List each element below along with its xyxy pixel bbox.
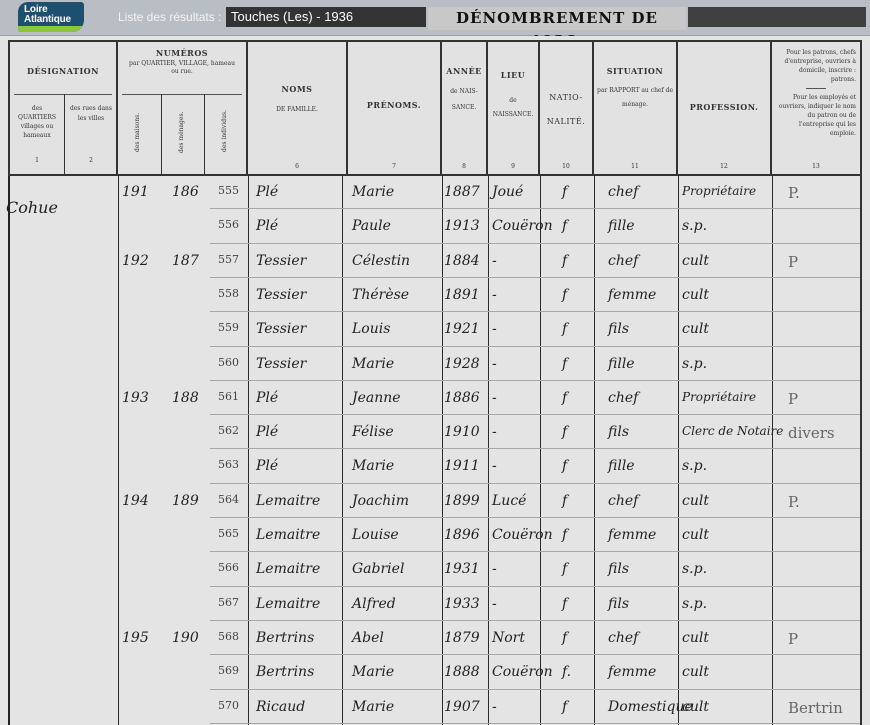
household-number-cell: 187: [172, 253, 199, 269]
household-relation-cell: fils: [608, 321, 629, 337]
house-number-cell: 191: [122, 184, 149, 200]
birthplace-cell: Couëron: [492, 527, 553, 543]
first-name-cell: Paule: [352, 218, 391, 234]
family-name-cell: Plé: [256, 458, 278, 474]
birth-year-cell: 1886: [444, 390, 480, 406]
header-nationalite-num: 10: [540, 163, 592, 170]
household-relation-cell: fils: [608, 424, 629, 440]
nationality-cell: f: [562, 218, 567, 234]
individual-number-cell: 566: [218, 561, 239, 574]
column-divider: [540, 176, 541, 725]
birthplace-cell: Nort: [492, 630, 525, 646]
column-divider: [342, 176, 343, 725]
header-profession-title: PROFESSION.: [678, 102, 770, 112]
nationality-cell: f: [562, 458, 567, 474]
results-list-label: Liste des résultats :: [118, 10, 221, 24]
nationality-cell: f: [562, 596, 567, 612]
first-name-cell: Félise: [352, 424, 394, 440]
birthplace-cell: -: [492, 458, 497, 474]
first-name-cell: Thérèse: [352, 287, 409, 303]
row-ruling-line: [210, 517, 860, 518]
employer-cell: divers: [788, 424, 835, 442]
header-patrons: Pour les patrons, chefs d'entreprise, ou…: [772, 42, 860, 174]
profession-cell: s.p.: [682, 596, 707, 612]
row-ruling-line: [210, 551, 860, 552]
individual-number-cell: 567: [218, 596, 239, 609]
birth-year-cell: 1907: [444, 699, 480, 715]
column-divider: [248, 176, 249, 725]
birthplace-cell: -: [492, 390, 497, 406]
row-ruling-line: [210, 654, 860, 655]
header-numeros-subtitle: par QUARTIER, VILLAGE, hameau ou rue.: [127, 60, 237, 76]
header-profession-num: 12: [678, 163, 770, 170]
first-name-cell: Marie: [352, 356, 394, 372]
row-ruling-line: [210, 414, 860, 415]
nationality-cell: f: [562, 630, 567, 646]
individual-number-cell: 563: [218, 458, 239, 471]
household-relation-cell: chef: [608, 253, 638, 269]
nationality-cell: f: [562, 424, 567, 440]
profession-cell: Propriétaire: [682, 390, 756, 404]
column-divider: [594, 176, 595, 725]
family-name-cell: Tessier: [256, 253, 306, 269]
individual-number-cell: 560: [218, 356, 239, 369]
house-number-cell: 195: [122, 630, 149, 646]
birthplace-cell: Couëron: [492, 664, 553, 680]
birth-year-cell: 1884: [444, 253, 480, 269]
profession-cell: Clerc de Notaire: [682, 424, 783, 438]
family-name-cell: Tessier: [256, 287, 306, 303]
household-relation-cell: femme: [608, 527, 656, 543]
birthplace-cell: Couëron: [492, 218, 553, 234]
header-lieu-num: 9: [488, 163, 538, 170]
employer-cell: P: [788, 253, 798, 271]
logo-swoosh-icon: [18, 26, 84, 32]
header-prenoms-num: 7: [348, 163, 440, 170]
birthplace-cell: -: [492, 287, 497, 303]
first-name-cell: Célestin: [352, 253, 410, 269]
header-annee-title: ANNÉE: [442, 66, 486, 76]
household-number-cell: 190: [172, 630, 199, 646]
nationality-cell: f.: [562, 664, 571, 680]
house-number-cell: 194: [122, 493, 149, 509]
header-numeros-title: NUMÉROS: [118, 48, 246, 58]
profession-cell: cult: [682, 664, 709, 680]
household-relation-cell: fille: [608, 356, 635, 372]
employer-cell: Bertrin: [788, 699, 843, 717]
nationality-cell: f: [562, 527, 567, 543]
birth-year-cell: 1899: [444, 493, 480, 509]
nationality-cell: f: [562, 184, 567, 200]
birth-year-cell: 1896: [444, 527, 480, 543]
family-name-cell: Lemaitre: [256, 596, 320, 612]
household-relation-cell: fille: [608, 458, 635, 474]
header-annee-num: 8: [442, 163, 486, 170]
birth-year-cell: 1910: [444, 424, 480, 440]
birth-year-cell: 1911: [444, 458, 480, 474]
family-name-cell: Tessier: [256, 321, 306, 337]
profession-cell: s.p.: [682, 356, 707, 372]
row-ruling-line: [210, 311, 860, 312]
family-name-cell: Plé: [256, 218, 278, 234]
header-prenoms-title: PRÉNOMS.: [348, 100, 440, 110]
individual-number-cell: 555: [218, 184, 239, 197]
header-noms-title: NOMS: [248, 84, 346, 94]
household-relation-cell: fils: [608, 561, 629, 577]
header-profession: PROFESSION. 12: [678, 42, 772, 174]
family-name-cell: Lemaitre: [256, 493, 320, 509]
household-relation-cell: chef: [608, 184, 638, 200]
birthplace-cell: -: [492, 321, 497, 337]
first-name-cell: Jeanne: [352, 390, 401, 406]
first-name-cell: Marie: [352, 184, 394, 200]
birthplace-cell: Joué: [492, 184, 523, 200]
household-relation-cell: femme: [608, 664, 656, 680]
header-lieu: LIEU de NAISSANCE. 9: [488, 42, 540, 174]
household-relation-cell: chef: [608, 630, 638, 646]
birthplace-cell: -: [492, 596, 497, 612]
header-col1-label: des QUARTIERS villages ou hameaux: [12, 104, 62, 140]
family-name-cell: Lemaitre: [256, 527, 320, 543]
birth-year-cell: 1933: [444, 596, 480, 612]
row-ruling-line: [210, 448, 860, 449]
individual-number-cell: 557: [218, 253, 239, 266]
profession-cell: s.p.: [682, 561, 707, 577]
profession-cell: cult: [682, 699, 709, 715]
village-name: Cohue: [6, 198, 58, 217]
profession-cell: Propriétaire: [682, 184, 756, 198]
birth-year-cell: 1921: [444, 321, 480, 337]
header-situation: SITUATION par RAPPORT au chef de ménage.…: [594, 42, 678, 174]
family-name-cell: Lemaitre: [256, 561, 320, 577]
household-relation-cell: chef: [608, 493, 638, 509]
row-ruling-line: [210, 243, 860, 244]
header-col4-label: des ménages.: [178, 102, 185, 162]
household-number-cell: 188: [172, 390, 199, 406]
header-patrons-num: 13: [772, 163, 860, 170]
document-title: DÉNOMBREMENT DE 1936.: [428, 7, 686, 30]
profession-cell: cult: [682, 527, 709, 543]
household-relation-cell: chef: [608, 390, 638, 406]
profession-cell: cult: [682, 287, 709, 303]
individual-number-cell: 558: [218, 287, 239, 300]
header-col1-num: 1: [10, 157, 64, 164]
birth-year-cell: 1913: [444, 218, 480, 234]
first-name-cell: Louise: [352, 527, 399, 543]
header-designation: DÉSIGNATION des QUARTIERS villages ou ha…: [10, 42, 118, 174]
profession-cell: s.p.: [682, 458, 707, 474]
family-name-cell: Plé: [256, 390, 278, 406]
house-number-cell: 192: [122, 253, 149, 269]
family-name-cell: Plé: [256, 184, 278, 200]
header-noms: NOMS DE FAMILLE. 6: [248, 42, 348, 174]
header-designation-title: DÉSIGNATION: [10, 66, 116, 76]
header-noms-num: 6: [248, 163, 346, 170]
header-annee-subtitle: de NAIS- SANCE.: [449, 84, 479, 116]
family-name-cell: Tessier: [256, 356, 306, 372]
app-header: Loire Atlantique Liste des résultats : T…: [0, 0, 870, 36]
first-name-cell: Marie: [352, 699, 394, 715]
family-name-cell: Plé: [256, 424, 278, 440]
individual-number-cell: 562: [218, 424, 239, 437]
individual-number-cell: 565: [218, 527, 239, 540]
individual-number-cell: 559: [218, 321, 239, 334]
nationality-cell: f: [562, 561, 567, 577]
individual-number-cell: 568: [218, 630, 239, 643]
header-col5-label: des individus.: [221, 98, 228, 164]
column-divider: [488, 176, 489, 725]
header-patrons-text2: Pour les employés et ouvriers, indiquer …: [776, 93, 856, 138]
house-number-cell: 193: [122, 390, 149, 406]
census-table-body: Cohue 191186555PléMarie1887JouéfchefProp…: [8, 176, 862, 725]
nationality-cell: f: [562, 356, 567, 372]
individual-number-cell: 556: [218, 218, 239, 231]
row-ruling-line: [210, 346, 860, 347]
employer-cell: P.: [788, 184, 800, 202]
row-ruling-line: [210, 620, 860, 621]
household-relation-cell: fille: [608, 218, 635, 234]
first-name-cell: Joachim: [352, 493, 409, 509]
household-number-cell: 186: [172, 184, 199, 200]
row-ruling-line: [210, 586, 860, 587]
employer-cell: P.: [788, 493, 800, 511]
birthplace-cell: -: [492, 356, 497, 372]
header-col2-label: des rues dans les villes: [66, 104, 116, 124]
header-lieu-subtitle: de NAISSANCE.: [490, 94, 536, 122]
header-annee: ANNÉE de NAIS- SANCE. 8: [442, 42, 488, 174]
birth-year-cell: 1928: [444, 356, 480, 372]
household-relation-cell: fils: [608, 596, 629, 612]
census-page-viewer[interactable]: DÉSIGNATION des QUARTIERS villages ou ha…: [0, 36, 870, 725]
household-number-cell: 189: [172, 493, 199, 509]
birthplace-cell: -: [492, 424, 497, 440]
logo-text-line2: Atlantique: [24, 15, 71, 25]
family-name-cell: Ricaud: [256, 699, 305, 715]
birthplace-cell: Lucé: [492, 493, 526, 509]
header-col2-num: 2: [64, 157, 118, 164]
header-situation-subtitle: par RAPPORT au chef de ménage.: [597, 84, 673, 112]
row-ruling-line: [210, 483, 860, 484]
household-relation-cell: femme: [608, 287, 656, 303]
header-noms-subtitle: DE FAMILLE.: [248, 106, 346, 113]
census-table-header: DÉSIGNATION des QUARTIERS villages ou ha…: [8, 40, 862, 176]
birth-year-cell: 1887: [444, 184, 480, 200]
row-ruling-line: [210, 689, 860, 690]
individual-number-cell: 570: [218, 699, 239, 712]
birth-year-cell: 1931: [444, 561, 480, 577]
individual-number-cell: 561: [218, 390, 239, 403]
header-situation-title: SITUATION: [594, 66, 676, 76]
household-relation-cell: Domestique: [608, 699, 693, 715]
family-name-cell: Bertrins: [256, 664, 314, 680]
first-name-cell: Louis: [352, 321, 390, 337]
nationality-cell: f: [562, 287, 567, 303]
employer-cell: P: [788, 390, 798, 408]
header-nationalite-title: NATIO- NALITÉ.: [546, 86, 586, 134]
nationality-cell: f: [562, 390, 567, 406]
birth-year-cell: 1891: [444, 287, 480, 303]
first-name-cell: Abel: [352, 630, 384, 646]
individual-number-cell: 564: [218, 493, 239, 506]
individual-number-cell: 569: [218, 664, 239, 677]
column-divider: [442, 176, 443, 725]
header-patrons-text1: Pour les patrons, chefs d'entreprise, ou…: [776, 48, 856, 84]
row-ruling-line: [210, 277, 860, 278]
column-divider: [678, 176, 679, 725]
toolbar-strip: [688, 7, 866, 27]
birthplace-cell: -: [492, 561, 497, 577]
first-name-cell: Marie: [352, 664, 394, 680]
row-ruling-line: [210, 380, 860, 381]
nationality-cell: f: [562, 253, 567, 269]
row-ruling-line: [210, 723, 860, 724]
header-numeros: NUMÉROS par QUARTIER, VILLAGE, hameau ou…: [118, 42, 248, 174]
nationality-cell: f: [562, 321, 567, 337]
first-name-cell: Marie: [352, 458, 394, 474]
employer-cell: P: [788, 630, 798, 648]
profession-cell: cult: [682, 321, 709, 337]
profession-cell: cult: [682, 493, 709, 509]
column-divider: [772, 176, 773, 725]
header-nationalite: NATIO- NALITÉ. 10: [540, 42, 594, 174]
profession-cell: cult: [682, 630, 709, 646]
first-name-cell: Alfred: [352, 596, 396, 612]
profession-cell: cult: [682, 253, 709, 269]
row-ruling-line: [210, 208, 860, 209]
header-lieu-title: LIEU: [488, 70, 538, 80]
nationality-cell: f: [562, 699, 567, 715]
nationality-cell: f: [562, 493, 567, 509]
column-divider: [118, 176, 119, 725]
birthplace-cell: -: [492, 253, 497, 269]
birth-year-cell: 1879: [444, 630, 480, 646]
profession-cell: s.p.: [682, 218, 707, 234]
birthplace-cell: -: [492, 699, 497, 715]
birth-year-cell: 1888: [444, 664, 480, 680]
first-name-cell: Gabriel: [352, 561, 404, 577]
loire-atlantique-logo[interactable]: Loire Atlantique: [18, 2, 84, 32]
header-col3-label: des maisons.: [134, 102, 141, 162]
header-situation-num: 11: [594, 163, 676, 170]
family-name-cell: Bertrins: [256, 630, 314, 646]
results-selector[interactable]: Touches (Les) - 1936: [226, 7, 426, 27]
header-prenoms: PRÉNOMS. 7: [348, 42, 442, 174]
